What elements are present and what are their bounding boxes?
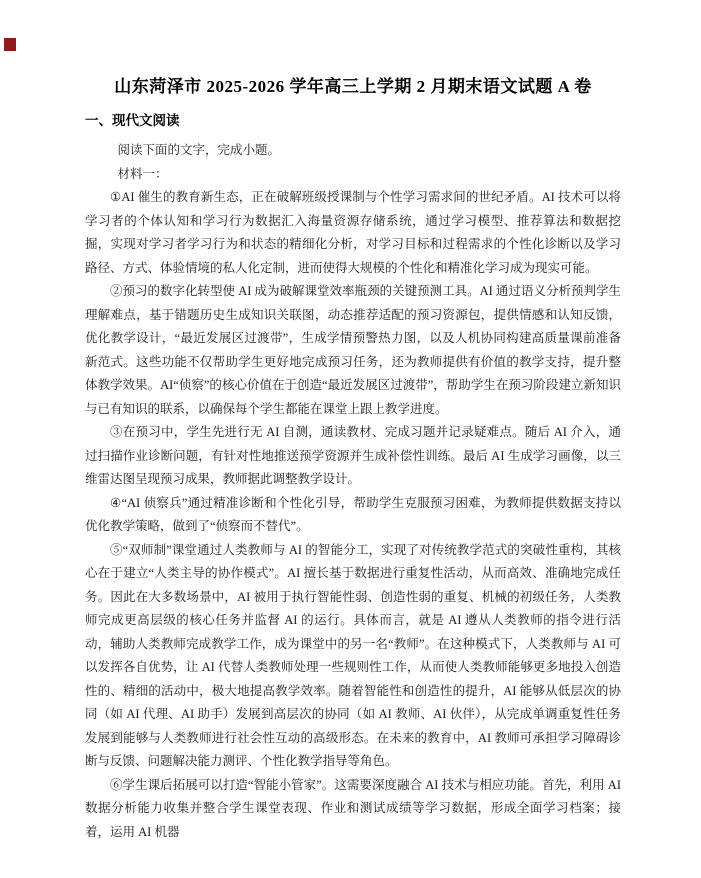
paragraph-1: ①AI 催生的教育新生态，正在破解班级授课制与个性学习需求间的世纪矛盾。AI 技… bbox=[85, 186, 621, 280]
paragraph-3: ③在预习中，学生先进行无 AI 自测，通读教材、完成习题并记录疑难点。随后 AI… bbox=[85, 421, 621, 492]
reading-instruction: 阅读下面的文字，完成小题。 bbox=[85, 139, 621, 163]
paragraph-4: ④“AI 侦察兵”通过精准诊断和个性化引导，帮助学生克服预习困难，为教师提供数据… bbox=[85, 492, 621, 539]
paragraph-2: ②预习的数字化转型使 AI 成为破解课堂效率瓶颈的关键预测工具。AI 通过语义分… bbox=[85, 280, 621, 421]
document-page: 山东菏泽市 2025-2026 学年高三上学期 2 月期末语文试题 A 卷 一、… bbox=[0, 0, 701, 878]
red-stamp-mark bbox=[4, 38, 16, 51]
material-one-label: 材料一： bbox=[85, 163, 621, 187]
page-title: 山东菏泽市 2025-2026 学年高三上学期 2 月期末语文试题 A 卷 bbox=[85, 76, 621, 98]
paragraph-5: ⑤“双师制”课堂通过人类教师与 AI 的智能分工，实现了对传统教学范式的突破性重… bbox=[85, 539, 621, 774]
document-content: 山东菏泽市 2025-2026 学年高三上学期 2 月期末语文试题 A 卷 一、… bbox=[85, 76, 621, 844]
section-heading-modern-reading: 一、现代文阅读 bbox=[85, 112, 621, 130]
paragraph-6: ⑥学生课后拓展可以打造“智能小管家”。这需要深度融合 AI 技术与相应功能。首先… bbox=[85, 774, 621, 845]
material-body: ①AI 催生的教育新生态，正在破解班级授课制与个性学习需求间的世纪矛盾。AI 技… bbox=[85, 186, 621, 844]
